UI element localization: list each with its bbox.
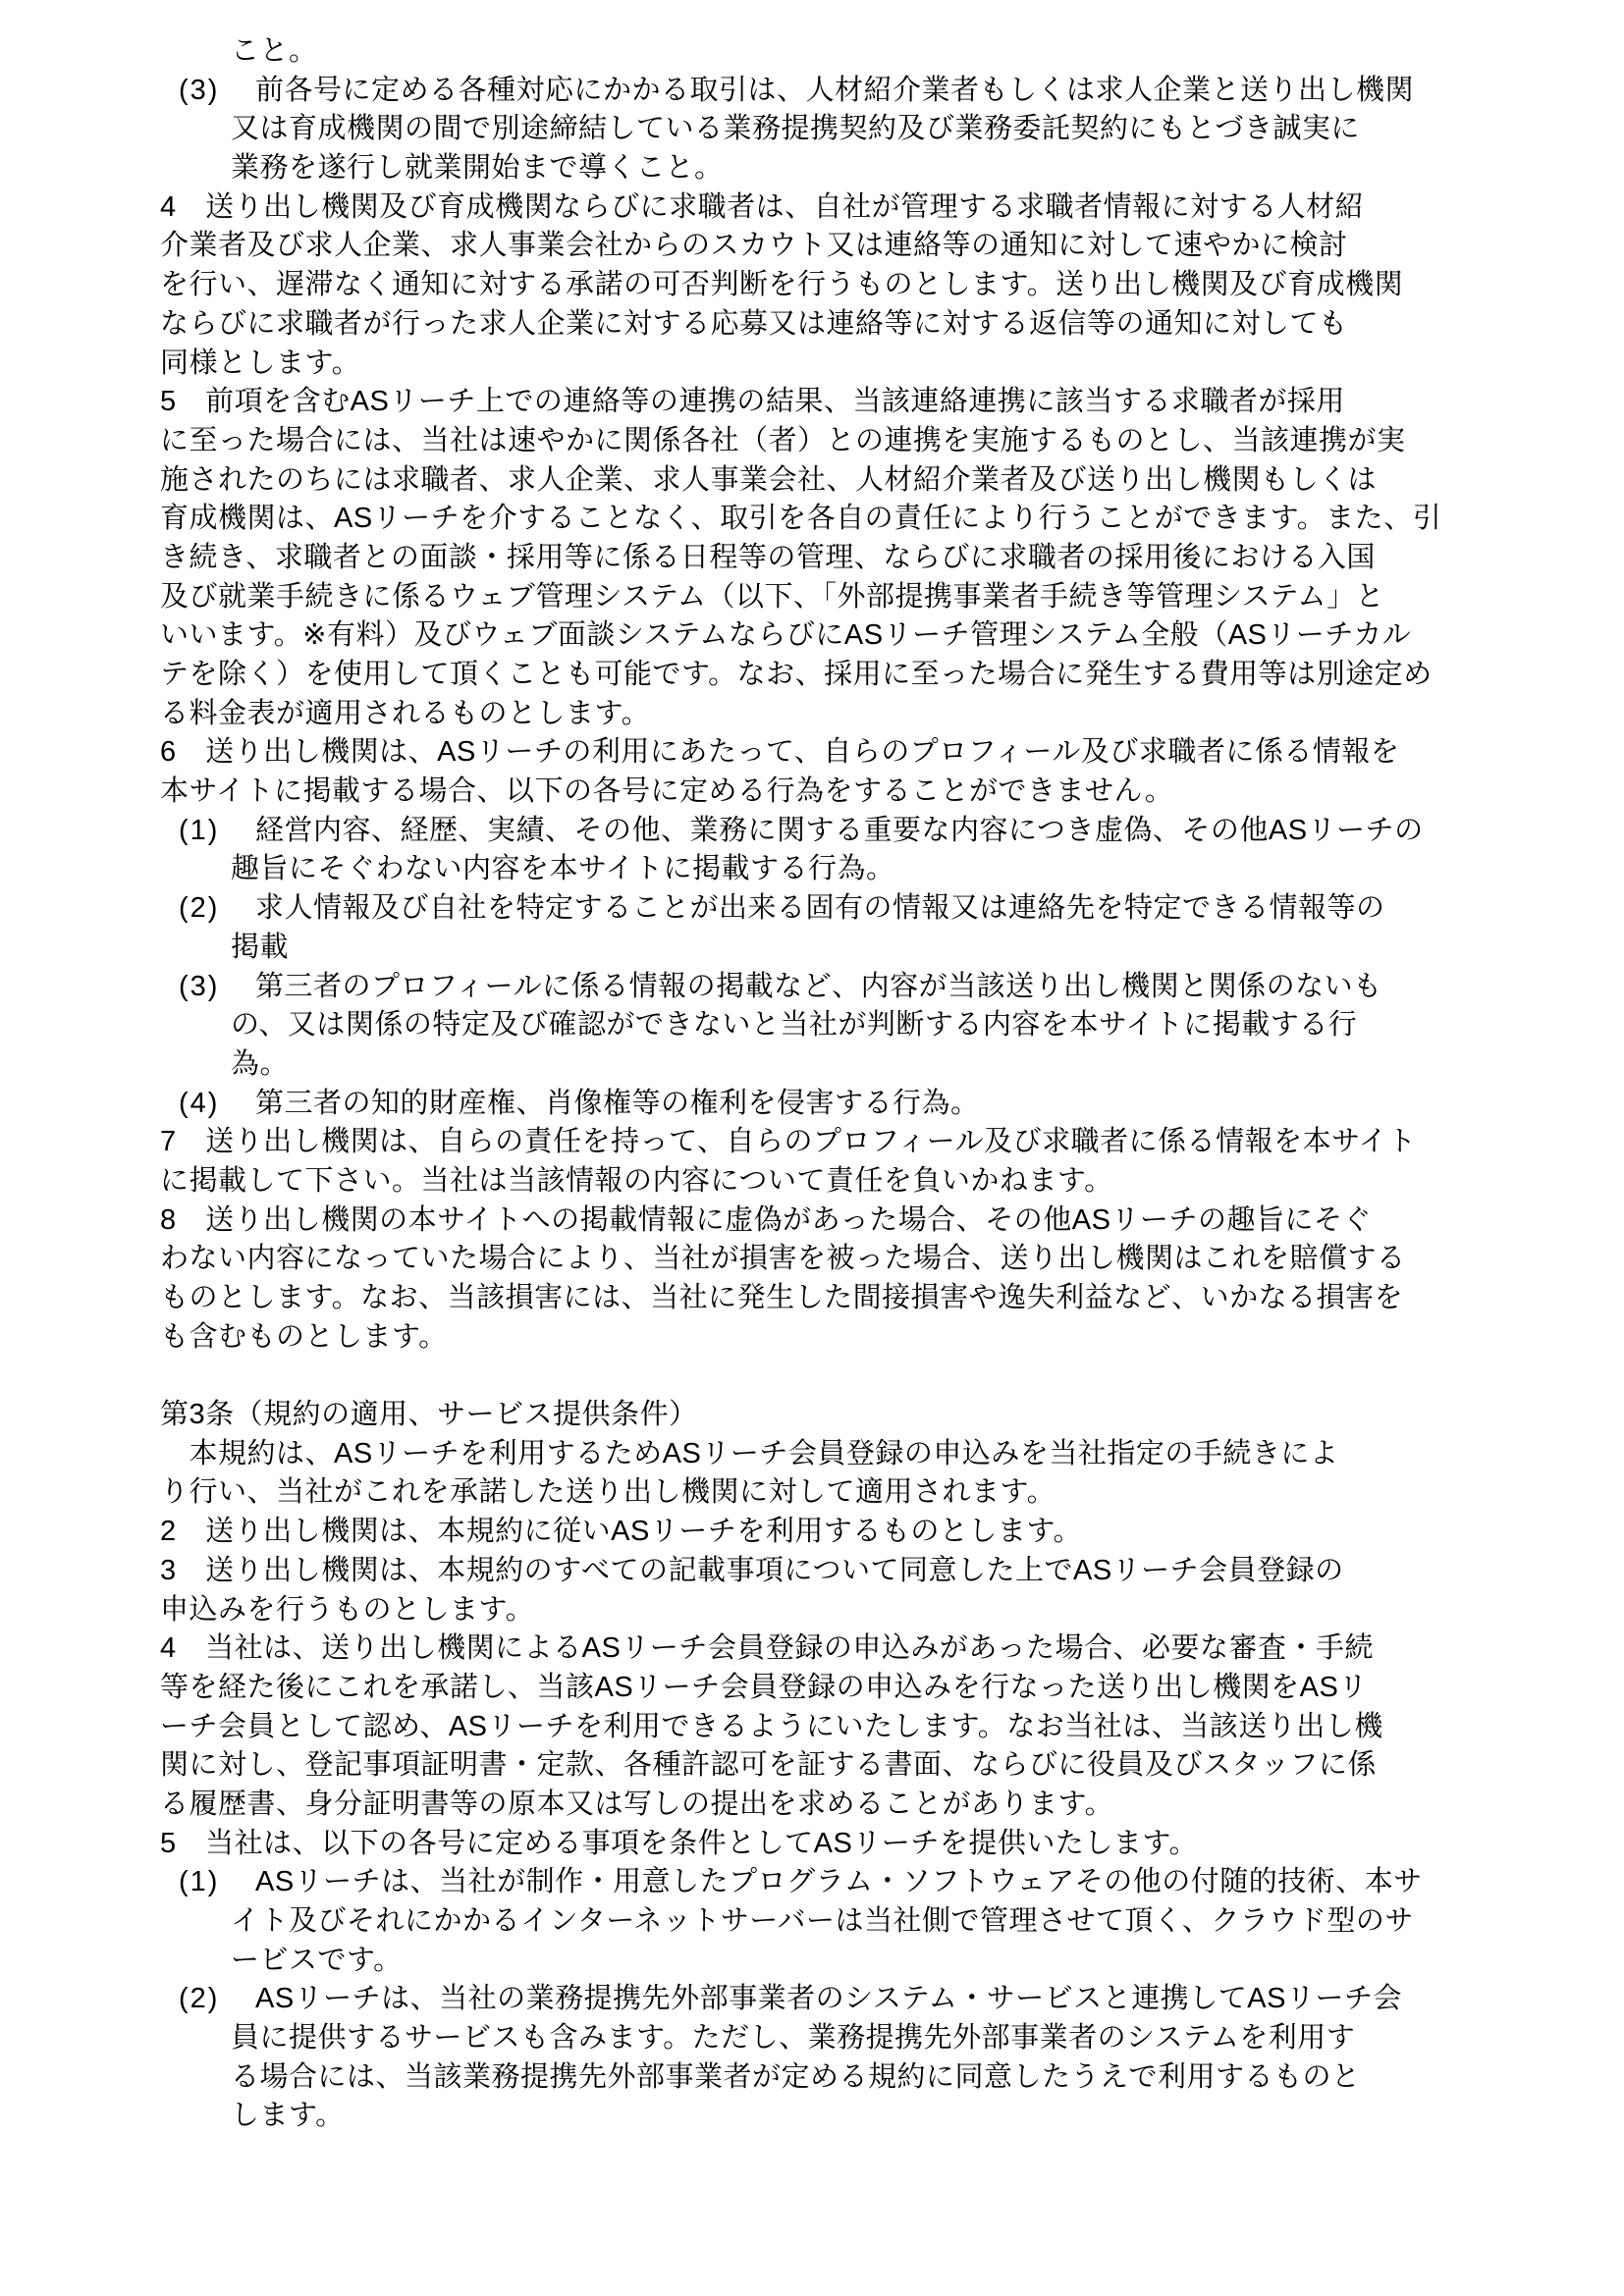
text-line: 6 送り出し機関は、ASリーチの利用にあたって、自らのプロフィール及び求職者に係… bbox=[160, 733, 1476, 773]
text-line: します。 bbox=[160, 2097, 1476, 2136]
text-line: テを除く）を使用して頂くことも可能です。なお、採用に至った場合に発生する費用等は… bbox=[160, 656, 1476, 695]
line-text: 7 送り出し機関は、自らの責任を持って、自らのプロフィール及び求職者に係る情報を… bbox=[160, 1126, 1417, 1157]
item-marker: (2) bbox=[179, 889, 219, 929]
line-text: 業務を遂行し就業開始まで導くこと。 bbox=[231, 152, 724, 184]
line-text: 求人情報及び自社を特定することが出来る固有の情報又は連絡先を特定できる情報等の bbox=[255, 892, 1385, 924]
line-text: ならびに求職者が行った求人企業に対する応募又は連絡等に対する返信等の通知に対して… bbox=[160, 308, 1348, 340]
text-line: 趣旨にそぐわない内容を本サイトに掲載する行為。 bbox=[160, 850, 1476, 889]
line-text: 第三者の知的財産権、肖像権等の権利を侵害する行為。 bbox=[255, 1088, 980, 1119]
text-line: わない内容になっていた場合により、当社が損害を被った場合、送り出し機関はこれを賠… bbox=[160, 1240, 1476, 1279]
line-text: 4 送り出し機関及び育成機関ならびに求職者は、自社が管理する求職者情報に対する人… bbox=[160, 191, 1364, 223]
line-text: を行い、遅滞なく通知に対する承諾の可否判断を行うものとします。送り出し機関及び育… bbox=[160, 269, 1403, 300]
text-line: 申込みを行うものとします。 bbox=[160, 1591, 1476, 1630]
line-text: 8 送り出し機関の本サイトへの掲載情報に虚偽があった場合、その他ASリーチの趣旨… bbox=[160, 1204, 1372, 1236]
text-line: (2)求人情報及び自社を特定することが出来る固有の情報又は連絡先を特定できる情報… bbox=[160, 889, 1476, 929]
text-line: を行い、遅滞なく通知に対する承諾の可否判断を行うものとします。送り出し機関及び育… bbox=[160, 266, 1476, 305]
line-text: 員に提供するサービスも含みます。ただし、業務提携先外部事業者のシステムを利用す bbox=[231, 2022, 1355, 2054]
line-text: ASリーチは、当社の業務提携先外部事業者のシステム・サービスと連携してASリーチ… bbox=[255, 1983, 1402, 2014]
text-line: こと。 bbox=[160, 32, 1476, 72]
line-text: わない内容になっていた場合により、当社が損害を被った場合、送り出し機関はこれを賠… bbox=[160, 1243, 1406, 1274]
item-marker: (3) bbox=[179, 72, 219, 111]
line-text: こと。 bbox=[231, 35, 318, 67]
line-text: 育成機関は、ASリーチを介することなく、取引を各自の責任により行うことができます… bbox=[160, 503, 1441, 534]
text-line: き続き、求職者との面談・採用等に係る日程等の管理、ならびに求職者の採用後における… bbox=[160, 539, 1476, 578]
text-line: る場合には、当該業務提携先外部事業者が定める規約に同意したうえで利用するものと bbox=[160, 2058, 1476, 2098]
line-text: ものとします。なお、当該損害には、当社に発生した間接損害や逸失利益など、いかなる… bbox=[160, 1282, 1403, 1313]
text-line: 3 送り出し機関は、本規約のすべての記載事項について同意した上でASリーチ会員登… bbox=[160, 1552, 1476, 1591]
line-text bbox=[160, 1360, 169, 1391]
text-line: 掲載 bbox=[160, 929, 1476, 968]
text-line: 8 送り出し機関の本サイトへの掲載情報に虚偽があった場合、その他ASリーチの趣旨… bbox=[160, 1201, 1476, 1241]
item-marker: (3) bbox=[179, 968, 219, 1007]
line-text: ASリーチは、当社が制作・用意したプログラム・ソフトウェアその他の付随的技術、本… bbox=[255, 1866, 1423, 1897]
text-line: 員に提供するサービスも含みます。ただし、業務提携先外部事業者のシステムを利用す bbox=[160, 2019, 1476, 2058]
line-text: 関に対し、登記事項証明書・定款、各種許認可を証する書面、ならびに役員及びスタッフ… bbox=[160, 1749, 1377, 1781]
blank-line bbox=[160, 1357, 1476, 1396]
text-line: ーチ会員として認め、ASリーチを利用できるようにいたします。なお当社は、当該送り… bbox=[160, 1708, 1476, 1747]
text-line: イト及びそれにかかるインターネットサーバーは当社側で管理させて頂く、クラウド型の… bbox=[160, 1902, 1476, 1942]
line-text: に掲載して下さい。当社は当該情報の内容について責任を負いかねます。 bbox=[160, 1165, 1113, 1197]
line-text: 第3条（規約の適用、サービス提供条件） bbox=[160, 1399, 698, 1430]
line-text: テを除く）を使用して頂くことも可能です。なお、採用に至った場合に発生する費用等は… bbox=[160, 659, 1433, 690]
text-line: (2)ASリーチは、当社の業務提携先外部事業者のシステム・サービスと連携してAS… bbox=[160, 1980, 1476, 2019]
text-line: 又は育成機関の間で別途締結している業務提携契約及び業務委託契約にもとづき誠実に bbox=[160, 110, 1476, 149]
line-text: 施されたのちには求職者、求人企業、求人事業会社、人材紹介業者及び送り出し機関もし… bbox=[160, 464, 1377, 496]
line-text: 又は育成機関の間で別途締結している業務提携契約及び業務委託契約にもとづき誠実に bbox=[231, 113, 1360, 144]
text-line: 第3条（規約の適用、サービス提供条件） bbox=[160, 1396, 1476, 1435]
line-text: 3 送り出し機関は、本規約のすべての記載事項について同意した上でASリーチ会員登… bbox=[160, 1555, 1344, 1586]
text-line: (3)第三者のプロフィールに係る情報の掲載など、内容が当該送り出し機関と関係のな… bbox=[160, 968, 1476, 1007]
item-marker: (1) bbox=[179, 812, 219, 851]
text-line: る履歴書、身分証明書等の原本又は写しの提出を求めることがあります。 bbox=[160, 1786, 1476, 1825]
text-line: 5 当社は、以下の各号に定める事項を条件としてASリーチを提供いたします。 bbox=[160, 1825, 1476, 1864]
text-line: (4)第三者の知的財産権、肖像権等の権利を侵害する行為。 bbox=[160, 1085, 1476, 1124]
item-marker: (2) bbox=[179, 1980, 219, 2019]
text-line: 同様とします。 bbox=[160, 345, 1476, 384]
line-text: も含むものとします。 bbox=[160, 1321, 448, 1353]
line-text: 及び就業手続きに係るウェブ管理システム（以下、「外部提携事業者手続き等管理システ… bbox=[160, 581, 1384, 613]
line-text: 等を経た後にこれを承諾し、当該ASリーチ会員登録の申込みを行なった送り出し機関を… bbox=[160, 1672, 1368, 1703]
text-line: 4 当社は、送り出し機関によるASリーチ会員登録の申込みがあった場合、必要な審査… bbox=[160, 1629, 1476, 1669]
text-line: 施されたのちには求職者、求人企業、求人事業会社、人材紹介業者及び送り出し機関もし… bbox=[160, 461, 1476, 501]
text-line: いいます。※有料）及びウェブ面談システムならびにASリーチ管理システム全般（AS… bbox=[160, 616, 1476, 656]
line-text: る料金表が適用されるものとします。 bbox=[160, 698, 650, 729]
text-line: 本規約は、ASリーチを利用するためASリーチ会員登録の申込みを当社指定の手続きに… bbox=[160, 1435, 1476, 1474]
line-text: いいます。※有料）及びウェブ面談システムならびにASリーチ管理システム全般（AS… bbox=[160, 619, 1411, 651]
text-line: 及び就業手続きに係るウェブ管理システム（以下、「外部提携事業者手続き等管理システ… bbox=[160, 578, 1476, 617]
text-line: ものとします。なお、当該損害には、当社に発生した間接損害や逸失利益など、いかなる… bbox=[160, 1279, 1476, 1318]
line-text: 4 当社は、送り出し機関によるASリーチ会員登録の申込みがあった場合、必要な審査… bbox=[160, 1632, 1374, 1664]
text-line: 2 送り出し機関は、本規約に従いASリーチを利用するものとします。 bbox=[160, 1513, 1476, 1552]
line-text: 5 当社は、以下の各号に定める事項を条件としてASリーチを提供いたします。 bbox=[160, 1828, 1198, 1859]
line-text: 5 前項を含むASリーチ上での連絡等の連携の結果、当該連絡連携に該当する求職者が… bbox=[160, 386, 1345, 417]
line-text: に至った場合には、当社は速やかに関係各社（者）との連携を実施するものとし、当該連… bbox=[160, 425, 1406, 456]
text-line: る料金表が適用されるものとします。 bbox=[160, 695, 1476, 734]
text-line: に掲載して下さい。当社は当該情報の内容について責任を負いかねます。 bbox=[160, 1162, 1476, 1201]
text-line: 関に対し、登記事項証明書・定款、各種許認可を証する書面、ならびに役員及びスタッフ… bbox=[160, 1746, 1476, 1786]
text-line: ービスです。 bbox=[160, 1942, 1476, 1981]
text-line: り行い、当社がこれを承諾した送り出し機関に対して適用されます。 bbox=[160, 1473, 1476, 1513]
line-text: 介業者及び求人企業、求人事業会社からのスカウト又は連絡等の通知に対して速やかに検… bbox=[160, 230, 1348, 261]
item-marker: (1) bbox=[179, 1863, 219, 1902]
line-text: き続き、求職者との面談・採用等に係る日程等の管理、ならびに求職者の採用後における… bbox=[160, 542, 1376, 573]
text-line: (1)ASリーチは、当社が制作・用意したプログラム・ソフトウェアその他の付随的技… bbox=[160, 1863, 1476, 1902]
line-text: ービスです。 bbox=[231, 1945, 403, 1976]
text-line: 本サイトに掲載する場合、以下の各号に定める行為をすることができません。 bbox=[160, 773, 1476, 812]
line-text: 掲載 bbox=[231, 932, 289, 963]
line-text: 6 送り出し機関は、ASリーチの利用にあたって、自らのプロフィール及び求職者に係… bbox=[160, 736, 1399, 768]
line-text: る履歴書、身分証明書等の原本又は写しの提出を求めることがあります。 bbox=[160, 1789, 1113, 1820]
line-text: 2 送り出し機関は、本規約に従いASリーチを利用するものとします。 bbox=[160, 1516, 1082, 1547]
text-line: (1)経営内容、経歴、実績、その他、業務に関する重要な内容につき虚偽、その他AS… bbox=[160, 812, 1476, 851]
line-text: 前各号に定める各種対応にかかる取引は、人材紹介業者もしくは求人企業と送り出し機関 bbox=[255, 75, 1414, 106]
line-text: 本規約は、ASリーチを利用するためASリーチ会員登録の申込みを当社指定の手続きに… bbox=[160, 1438, 1338, 1469]
text-line: も含むものとします。 bbox=[160, 1318, 1476, 1358]
line-text: 経営内容、経歴、実績、その他、業務に関する重要な内容につき虚偽、その他ASリーチ… bbox=[255, 815, 1424, 846]
text-line: ならびに求職者が行った求人企業に対する応募又は連絡等に対する返信等の通知に対して… bbox=[160, 305, 1476, 345]
line-text: 申込みを行うものとします。 bbox=[160, 1594, 534, 1626]
text-line: に至った場合には、当社は速やかに関係各社（者）との連携を実施するものとし、当該連… bbox=[160, 422, 1476, 461]
text-line: 等を経た後にこれを承諾し、当該ASリーチ会員登録の申込みを行なった送り出し機関を… bbox=[160, 1669, 1476, 1708]
text-line: 7 送り出し機関は、自らの責任を持って、自らのプロフィール及び求職者に係る情報を… bbox=[160, 1123, 1476, 1162]
text-line: (3)前各号に定める各種対応にかかる取引は、人材紹介業者もしくは求人企業と送り出… bbox=[160, 72, 1476, 111]
line-text: します。 bbox=[231, 2100, 345, 2131]
line-text: イト及びそれにかかるインターネットサーバーは当社側で管理させて頂く、クラウド型の… bbox=[231, 1905, 1414, 1937]
terms-text-block: こと。(3)前各号に定める各種対応にかかる取引は、人材紹介業者もしくは求人企業と… bbox=[160, 32, 1476, 2136]
line-text: 同様とします。 bbox=[160, 347, 360, 379]
text-line: 為。 bbox=[160, 1045, 1476, 1085]
item-marker: (4) bbox=[179, 1085, 219, 1124]
line-text: ーチ会員として認め、ASリーチを利用できるようにいたします。なお当社は、当該送り… bbox=[160, 1711, 1383, 1742]
line-text: の、又は関係の特定及び確認ができないと当社が判断する内容を本サイトに掲載する行 bbox=[231, 1009, 1357, 1041]
line-text: 為。 bbox=[231, 1048, 289, 1080]
text-line: 5 前項を含むASリーチ上での連絡等の連携の結果、当該連絡連携に該当する求職者が… bbox=[160, 383, 1476, 422]
line-text: り行い、当社がこれを承諾した送り出し機関に対して適用されます。 bbox=[160, 1476, 1056, 1508]
text-line: 業務を遂行し就業開始まで導くこと。 bbox=[160, 149, 1476, 188]
text-line: 介業者及び求人企業、求人事業会社からのスカウト又は連絡等の通知に対して速やかに検… bbox=[160, 227, 1476, 266]
line-text: 趣旨にそぐわない内容を本サイトに掲載する行為。 bbox=[231, 853, 894, 884]
line-text: 本サイトに掲載する場合、以下の各号に定める行為をすることができません。 bbox=[160, 775, 1173, 807]
document-page: こと。(3)前各号に定める各種対応にかかる取引は、人材紹介業者もしくは求人企業と… bbox=[0, 0, 1624, 2296]
text-line: 育成機関は、ASリーチを介することなく、取引を各自の責任により行うことができます… bbox=[160, 500, 1476, 539]
line-text: る場合には、当該業務提携先外部事業者が定める規約に同意したうえで利用するものと bbox=[231, 2061, 1361, 2093]
text-line: 4 送り出し機関及び育成機関ならびに求職者は、自社が管理する求職者情報に対する人… bbox=[160, 188, 1476, 228]
text-line: の、又は関係の特定及び確認ができないと当社が判断する内容を本サイトに掲載する行 bbox=[160, 1006, 1476, 1045]
line-text: 第三者のプロフィールに係る情報の掲載など、内容が当該送り出し機関と関係のないも bbox=[255, 971, 1382, 1002]
